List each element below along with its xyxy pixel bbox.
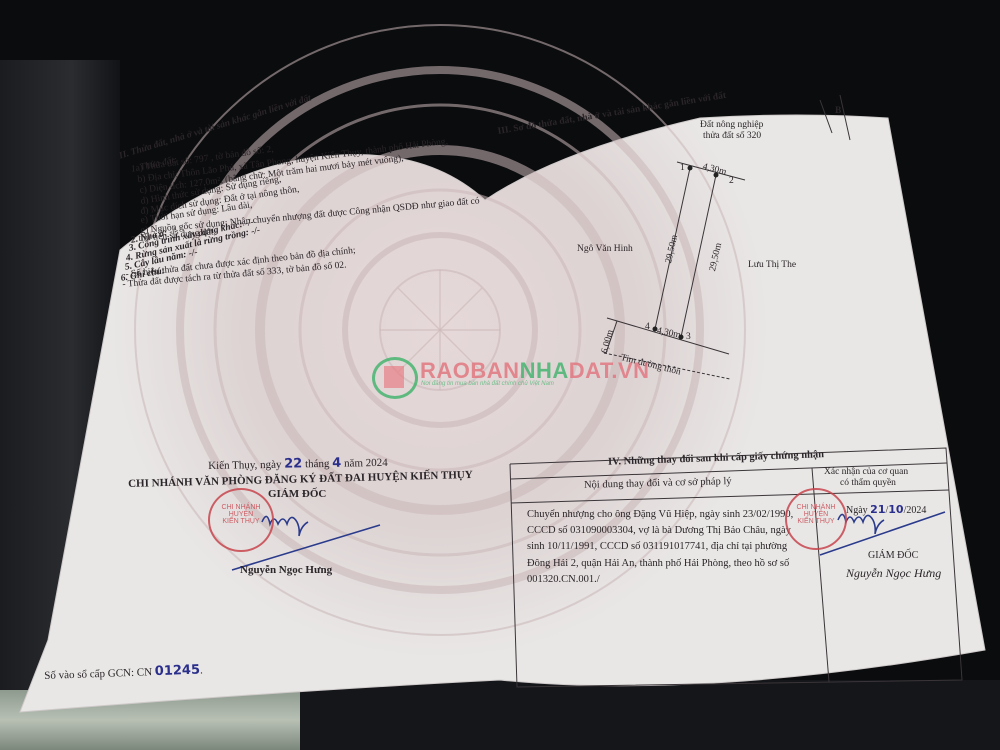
changes-col-confirm-header-2: có thẩm quyền — [840, 478, 896, 488]
stamp-line: HUYỆN — [210, 511, 272, 518]
stamp-line: CHI NHÁNH — [210, 504, 272, 511]
point-2: 2 — [729, 176, 734, 186]
changes-col-confirm-header-1: Xác nhận của cơ quan — [824, 467, 908, 477]
change-content-line-2: CCCD số 031090003304, vợ là bà Dương Thị… — [527, 525, 791, 536]
register-label: Số vào sổ cấp GCN: CN — [44, 666, 152, 682]
point-3: 3 — [686, 332, 691, 342]
stamp-line: HUYỆN — [787, 511, 845, 518]
issue-date: Kiến Thụy, ngày 22 tháng 4 năm 2024 — [208, 455, 388, 473]
change-content-line-3: sinh 10/11/1991, CCCD số 031191017741, đ… — [527, 541, 787, 552]
change-content-line-5: 001320.CN.001./ — [527, 574, 600, 585]
watermark-tagline: Nơi đăng tin mua bán nhà đất chính chủ V… — [421, 381, 554, 387]
brand-part-2: NHA — [520, 358, 569, 383]
brand-part-1: RAOBAN — [420, 358, 520, 383]
issue-month: 4 — [332, 456, 341, 471]
neighbor-right: Lưu Thị The — [748, 260, 796, 270]
confirm-role: GIÁM ĐỐC — [868, 550, 918, 561]
point-1: 1 — [680, 163, 685, 173]
north-arrow-label: B — [835, 106, 841, 116]
issue-year: năm 2024 — [344, 457, 388, 470]
issue-month-label: tháng — [305, 458, 330, 470]
issue-date-prefix: Kiến Thụy, ngày — [208, 459, 282, 472]
confirm-month: 10 — [888, 503, 903, 516]
change-content-line-4: Đông Hải 2, quận Hải An, thành phố Hải P… — [527, 558, 789, 569]
confirm-date-prefix: Ngày — [846, 505, 868, 516]
signer-name: Nguyễn Ngọc Hưng — [240, 564, 332, 576]
raobannhadat-logo-icon — [372, 357, 418, 399]
issue-day: 22 — [284, 456, 302, 471]
confirm-date: Ngày 21/10/2024 — [846, 503, 926, 516]
stamp-line: KIẾN THỤY — [210, 518, 272, 525]
official-stamp-left: CHI NHÁNH HUYỆN KIẾN THỤY — [208, 488, 274, 552]
neighbor-top-line2: thửa đất số 320 — [703, 131, 761, 141]
change-content-line-1: Chuyển nhượng cho ông Đặng Vũ Hiệp, ngày… — [527, 509, 793, 520]
neighbor-left: Ngô Văn Hinh — [577, 244, 633, 254]
brand-part-3: DAT.VN — [569, 358, 650, 383]
point-4: 4 — [645, 322, 650, 332]
neighbor-top-line1: Đất nông nghiệp — [700, 120, 763, 130]
land-certificate-document: II. Thửa đất, nhà ở và tài sản khác gắn … — [0, 0, 1000, 750]
confirm-day: 21 — [870, 503, 885, 516]
confirm-signer: Nguyễn Ngọc Hưng — [846, 566, 941, 581]
confirm-year: 2024 — [906, 505, 926, 516]
official-stamp-right: CHI NHÁNH HUYỆN KIẾN THỤY — [785, 488, 847, 550]
stamp-line: KIẾN THỤY — [787, 518, 845, 525]
stamp-line: CHI NHÁNH — [787, 504, 845, 511]
register-suffix: . — [200, 664, 203, 676]
register-number: 01245 — [155, 663, 201, 680]
director-title: GIÁM ĐỐC — [268, 488, 326, 500]
